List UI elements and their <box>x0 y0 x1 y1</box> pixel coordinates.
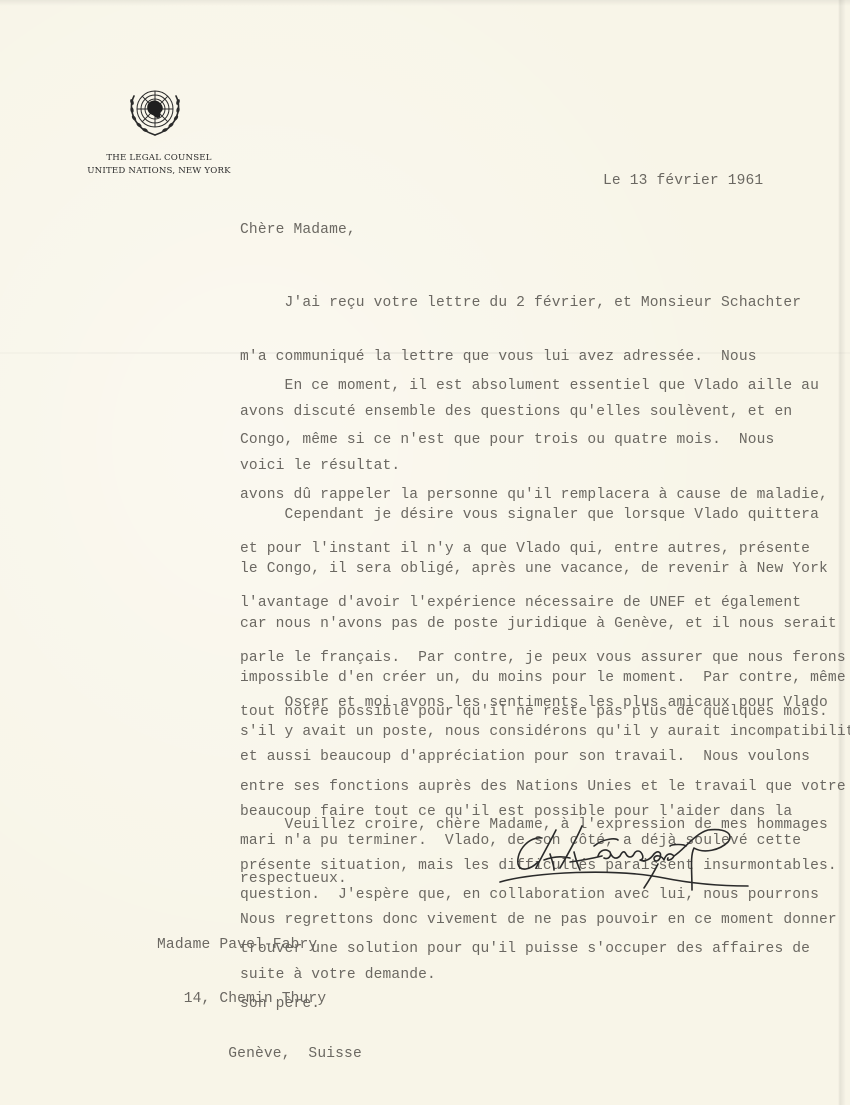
paragraph-line: Congo, même si ce n'est que pour trois o… <box>240 431 846 449</box>
paragraph-line: Cependant je désire vous signaler que lo… <box>240 506 850 524</box>
letterhead-organization: UNITED NATIONS, NEW YORK <box>84 165 234 178</box>
recipient-street: 14, Chemin Thury <box>157 990 362 1008</box>
salutation: Chère Madame, <box>240 221 356 239</box>
letterhead: THE LEGAL COUNSEL UNITED NATIONS, NEW YO… <box>84 84 234 178</box>
paragraph-line: car nous n'avons pas de poste juridique … <box>240 615 850 633</box>
recipient-city: Genève, Suisse <box>157 1045 362 1063</box>
letterhead-office: THE LEGAL COUNSEL <box>84 152 234 165</box>
recipient-address: Madame Pavel-Fabry 14, Chemin Thury Genè… <box>157 900 362 1099</box>
letter-page: THE LEGAL COUNSEL UNITED NATIONS, NEW YO… <box>0 0 850 1105</box>
letter-date: Le 13 février 1961 <box>603 172 763 190</box>
handwritten-signature-icon <box>494 820 754 898</box>
recipient-name: Madame Pavel-Fabry <box>157 936 362 954</box>
paragraph-line: le Congo, il sera obligé, après une vaca… <box>240 560 850 578</box>
paragraph-line: et aussi beaucoup d'appréciation pour so… <box>240 748 837 766</box>
paragraph-line: Oscar et moi avons les sentiments les pl… <box>240 694 837 712</box>
paragraph-line: En ce moment, il est absolument essentie… <box>240 377 846 395</box>
un-emblem-icon <box>124 84 186 140</box>
paragraph-line: J'ai reçu votre lettre du 2 février, et … <box>240 294 801 312</box>
